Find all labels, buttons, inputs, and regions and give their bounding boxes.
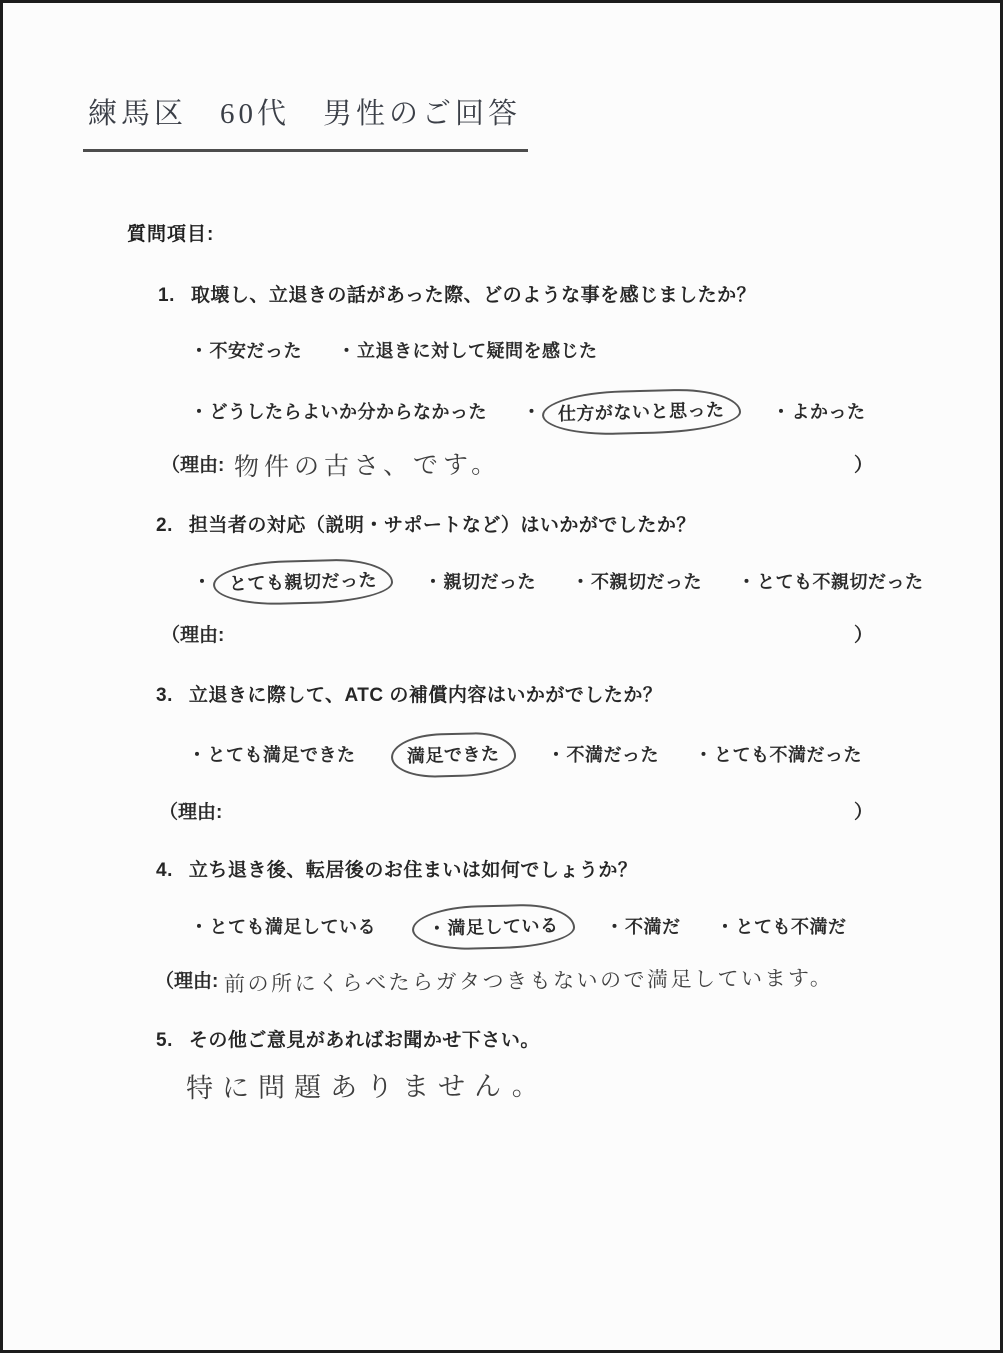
question-2-text: 担当者の対応（説明・サポートなど）はいかがでしたか？ — [189, 515, 696, 536]
option-bullet: ・ — [716, 913, 735, 939]
option-fuman-da: ・不満だ — [606, 913, 681, 939]
question-2-number: 2. — [156, 515, 173, 537]
reason-close-paren: ） — [854, 450, 873, 477]
question-5-text: その他ご意見があればお聞かせ下さい。 — [189, 1030, 540, 1051]
option-bullet: ・ — [695, 741, 714, 767]
question-4-reason-line: （理由:前の所にくらべたらガタつきもないので満足しています。 — [155, 966, 834, 995]
option-bullet: ・ — [523, 398, 542, 424]
option-label: 不満だ — [625, 917, 681, 937]
question-4-options-row: ・とても満足している ・満足している ・不満だ ・とても不満だ — [190, 913, 847, 940]
option-fushinsetsu: ・不親切だった — [572, 568, 703, 594]
page-title: 練馬区 60代 男性のご回答 — [88, 91, 521, 132]
reason-label: （理由: — [159, 802, 222, 823]
handdrawn-selection-circle: 仕方がないと思った — [541, 387, 741, 436]
reason-label: （理由: — [161, 625, 224, 646]
option-bullet: ・ — [772, 398, 791, 424]
option-manzoku-shiteiru-selected: ・満足している — [412, 914, 571, 940]
option-totemo-fushinsetsu: ・とても不親切だった — [738, 568, 924, 594]
option-bullet: ・ — [424, 568, 443, 594]
option-wakaranakatta: ・どうしたらよいか分からなかった — [190, 398, 487, 424]
option-bullet: ・ — [572, 568, 591, 594]
option-label: どうしたらよいか分からなかった — [210, 402, 488, 422]
option-yokatta: ・よかった — [772, 398, 866, 424]
handdrawn-selection-circle: 満足できた — [390, 731, 516, 778]
option-shinsetsu: ・親切だった — [424, 568, 536, 594]
option-label: 満足している — [447, 915, 558, 938]
section-heading: 質問項目: — [127, 219, 214, 246]
option-bullet: ・ — [190, 398, 209, 424]
question-4-number: 4. — [156, 860, 173, 882]
reason-label: （理由: — [161, 455, 224, 476]
question-3: 3.立退きに際して、ATC の補償内容はいかがでしたか？ — [156, 680, 662, 707]
option-gimon-kanjita: ・立退きに対して疑問を感じた — [338, 337, 598, 363]
option-totemo-fuman-da: ・とても不満だ — [716, 913, 847, 939]
option-totemo-shinsetsu-selected: ・とても親切だった — [193, 568, 389, 595]
option-label: とても親切だった — [228, 570, 376, 594]
option-label: 不安だった — [210, 341, 303, 361]
question-4-reason-handwritten: 前の所にくらべたらガタつきもないので満足しています。 — [224, 962, 834, 998]
option-label: とても不満だった — [714, 745, 862, 765]
title-underline — [83, 149, 528, 152]
question-2-options-row: ・とても親切だった ・親切だった ・不親切だった ・とても不親切だった — [193, 568, 924, 595]
reason-close-paren: ） — [854, 797, 873, 824]
option-bullet: ・ — [193, 568, 212, 594]
option-label: 満足できた — [407, 744, 500, 766]
question-3-reason-line: （理由: ） — [159, 797, 873, 824]
scanned-survey-page: 練馬区 60代 男性のご回答 質問項目: 1.取壊し、立退きの話があった際、どの… — [0, 0, 1003, 1353]
option-bullet: ・ — [738, 568, 757, 594]
option-totemo-manzoku-dekita: ・とても満足できた — [188, 741, 356, 767]
option-bullet: ・ — [338, 337, 357, 363]
option-bullet: ・ — [190, 913, 209, 939]
handdrawn-selection-circle: ・満足している — [411, 903, 575, 951]
option-manzoku-dekita-selected: 満足できた — [391, 742, 512, 768]
option-bullet: ・ — [188, 741, 207, 767]
question-3-text: 立退きに際して、ATC の補償内容はいかがでしたか？ — [189, 685, 663, 706]
option-label: とても満足できた — [208, 745, 356, 765]
option-label: 立退きに対して疑問を感じた — [357, 341, 598, 361]
option-label: とても不親切だった — [757, 572, 924, 592]
option-totemo-manzoku-shiteiru: ・とても満足している — [190, 913, 376, 939]
question-1-options-row-2: ・どうしたらよいか分からなかった ・仕方がないと思った ・よかった — [190, 398, 866, 425]
option-label: 仕方がないと思った — [558, 400, 725, 424]
question-1-reason-handwritten: 物件の古さ、です。 — [234, 445, 501, 484]
option-bullet: ・ — [606, 913, 625, 939]
question-4: 4.立ち退き後、転居後のお住まいは如何でしょうか？ — [156, 855, 637, 882]
option-fuman-datta: ・不満だった — [547, 741, 659, 767]
option-bullet: ・ — [190, 337, 209, 363]
option-label: とても満足している — [210, 917, 377, 937]
question-3-options-row: ・とても満足できた 満足できた ・不満だった ・とても不満だった — [188, 741, 862, 768]
question-1-number: 1. — [158, 285, 175, 307]
question-5: 5.その他ご意見があればお聞かせ下さい。 — [156, 1025, 540, 1052]
option-label: とても不満だ — [736, 917, 847, 937]
question-2-reason-line: （理由: ） — [161, 620, 873, 647]
reason-label: （理由: — [155, 971, 218, 992]
option-shikataganai-selected: ・仕方がないと思った — [523, 398, 737, 425]
question-2: 2.担当者の対応（説明・サポートなど）はいかがでしたか？ — [156, 510, 696, 537]
question-1-text: 取壊し、立退きの話があった際、どのような事を感じましたか？ — [191, 285, 756, 306]
question-1: 1.取壊し、立退きの話があった際、どのような事を感じましたか？ — [158, 280, 756, 307]
question-1-options-row-1: ・不安だった ・立退きに対して疑問を感じた — [190, 337, 598, 363]
option-label: よかった — [792, 402, 866, 422]
reason-close-paren: ） — [854, 620, 873, 647]
option-bullet: ・ — [547, 741, 566, 767]
option-label: 不親切だった — [591, 572, 702, 592]
option-fuan-datta: ・不安だった — [190, 337, 302, 363]
question-4-text: 立ち退き後、転居後のお住まいは如何でしょうか？ — [189, 860, 638, 881]
question-3-number: 3. — [156, 685, 173, 707]
question-5-number: 5. — [156, 1030, 173, 1052]
question-5-answer-handwritten: 特に問題ありません。 — [186, 1064, 548, 1106]
handdrawn-selection-circle: とても親切だった — [212, 558, 393, 607]
option-label: 不満だった — [567, 745, 660, 765]
option-bullet: ・ — [427, 914, 446, 940]
question-1-reason-line: （理由:物件の古さ、です。 ） — [161, 450, 873, 482]
question-5-answer-line: 特に問題ありません。 — [186, 1065, 548, 1104]
option-label: 親切だった — [444, 572, 537, 592]
option-totemo-fuman-datta: ・とても不満だった — [695, 741, 863, 767]
